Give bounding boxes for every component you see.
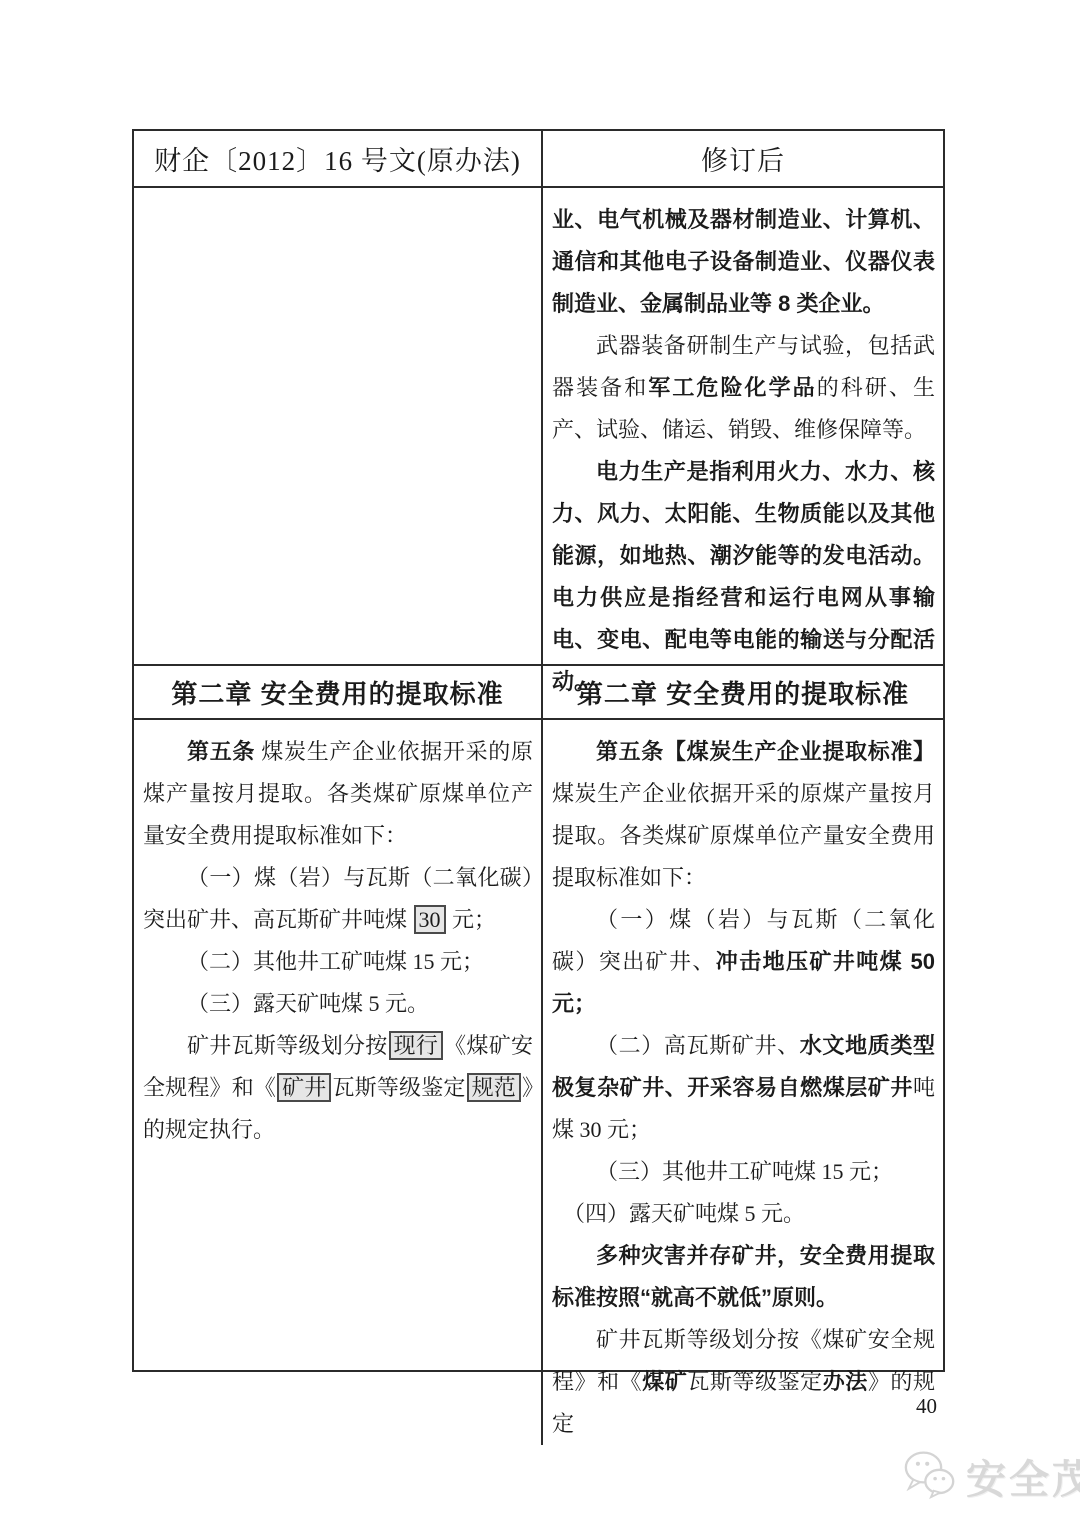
bold-text-run: 电力生产是指利用火力、水力、核力、风力、太阳能、生物质能以及其他能源，如地热、潮… (552, 459, 935, 694)
header-cell-revised: 修订后 (543, 131, 943, 186)
paragraph: 第五条 煤炭生产企业依据开采的原煤产量按月提取。各类煤矿原煤单位产量安全费用提取… (143, 731, 533, 857)
paragraph: 多种灾害并存矿井，安全费用提取标准按照“就高不就低”原则。 (552, 1235, 935, 1319)
table-header-row: 财企〔2012〕16 号文(原办法) 修订后 (134, 131, 943, 188)
tracked-change-box: 现行 (389, 1031, 444, 1060)
paragraph: （二）其他井工矿吨煤 15 元； (143, 941, 533, 983)
header-cell-original: 财企〔2012〕16 号文(原办法) (134, 131, 543, 186)
bold-text-run: 军工危险化学品 (648, 375, 816, 400)
paragraph: 业、电气机械及器材制造业、计算机、通信和其他电子设备制造业、仪器仪表制造业、金属… (552, 199, 935, 325)
chapter-heading-original: 第二章 安全费用的提取标准 (134, 666, 543, 718)
table-row-continuation: 业、电气机械及器材制造业、计算机、通信和其他电子设备制造业、仪器仪表制造业、金属… (134, 188, 943, 666)
cell-original-empty (134, 188, 543, 703)
paragraph: 矿井瓦斯等级划分按现行《煤矿安全规程》和《矿井瓦斯等级鉴定规范》的规定执行。 (143, 1025, 533, 1151)
table-row-article5: 第五条 煤炭生产企业依据开采的原煤产量按月提取。各类煤矿原煤单位产量安全费用提取… (134, 720, 943, 1445)
bold-text-run: 业、电气机械及器材制造业、计算机、通信和其他电子设备制造业、仪器仪表制造业、金属… (552, 207, 935, 316)
paragraph: （三）其他井工矿吨煤 15 元； (552, 1151, 935, 1193)
wechat-bubbles-icon (902, 1448, 958, 1505)
text-run: 煤炭生产企业依据开采的原煤产量按月提取。各类煤矿原煤单位产量安全费用提取标准如下… (552, 781, 935, 890)
paragraph: 矿井瓦斯等级划分按《煤矿安全规程》和《煤矿瓦斯等级鉴定办法》的规定 (552, 1319, 935, 1445)
paragraph: 武器装备研制生产与试验，包括武器装备和军工危险化学品的科研、生产、试验、储运、销… (552, 325, 935, 451)
page-number: 40 (916, 1394, 937, 1419)
chapter-heading-revised: 第二章 安全费用的提取标准 (543, 666, 943, 718)
text-run: （二）其他井工矿吨煤 15 元； (187, 949, 484, 974)
bold-text-run: 第五条【煤炭生产企业提取标准】 (596, 739, 935, 764)
paragraph: （一）煤（岩）与瓦斯（二氧化碳）突出矿井、高瓦斯矿井吨煤 30 元； (143, 857, 533, 941)
document-page: 财企〔2012〕16 号文(原办法) 修订后 业、电气机械及器材制造业、计算机、… (0, 0, 1080, 1527)
table-row-chapter: 第二章 安全费用的提取标准 第二章 安全费用的提取标准 (134, 666, 943, 720)
tracked-change-box: 规范 (467, 1073, 521, 1102)
text-run: （二）高瓦斯矿井、 (596, 1033, 800, 1058)
tracked-change-box: 30 (414, 905, 446, 934)
bold-text-run: 第五条 (187, 739, 255, 764)
watermark: 安全茂 (902, 1448, 1080, 1505)
text-run: 瓦斯等级鉴定 (687, 1369, 822, 1394)
watermark-label: 安全茂 (966, 1448, 1080, 1505)
paragraph: （三）露天矿吨煤 5 元。 (143, 983, 533, 1025)
bold-text-run: 多种灾害并存矿井，安全费用提取标准按照“就高不就低”原则。 (552, 1243, 935, 1310)
paragraph: （一）煤（岩）与瓦斯（二氧化碳）突出矿井、冲击地压矿井吨煤 50 元； (552, 899, 935, 1025)
cell-original-article5: 第五条 煤炭生产企业依据开采的原煤产量按月提取。各类煤矿原煤单位产量安全费用提取… (134, 720, 543, 1445)
bold-text-run: 煤矿 (642, 1369, 687, 1394)
text-run: （三）其他井工矿吨煤 15 元； (596, 1159, 893, 1184)
cell-revised-article5: 第五条【煤炭生产企业提取标准】煤炭生产企业依据开采的原煤产量按月提取。各类煤矿原… (543, 720, 943, 1445)
text-run: （三）露天矿吨煤 5 元。 (187, 991, 429, 1016)
comparison-table: 财企〔2012〕16 号文(原办法) 修订后 业、电气机械及器材制造业、计算机、… (132, 129, 945, 1372)
tracked-change-box: 矿井 (277, 1073, 331, 1102)
paragraph: （二）高瓦斯矿井、水文地质类型极复杂矿井、开采容易自燃煤层矿井吨煤 30 元； (552, 1025, 935, 1151)
paragraph: （四）露天矿吨煤 5 元。 (552, 1193, 935, 1235)
text-run: （四）露天矿吨煤 5 元。 (563, 1201, 805, 1226)
text-run: 元； (447, 907, 497, 932)
text-run: 矿井瓦斯等级划分按 (187, 1033, 388, 1058)
text-run: 瓦斯等级鉴定 (332, 1075, 465, 1100)
cell-revised-continuation: 业、电气机械及器材制造业、计算机、通信和其他电子设备制造业、仪器仪表制造业、金属… (543, 188, 943, 703)
paragraph: 第五条【煤炭生产企业提取标准】煤炭生产企业依据开采的原煤产量按月提取。各类煤矿原… (552, 731, 935, 899)
bold-text-run: 办法 (823, 1369, 868, 1394)
